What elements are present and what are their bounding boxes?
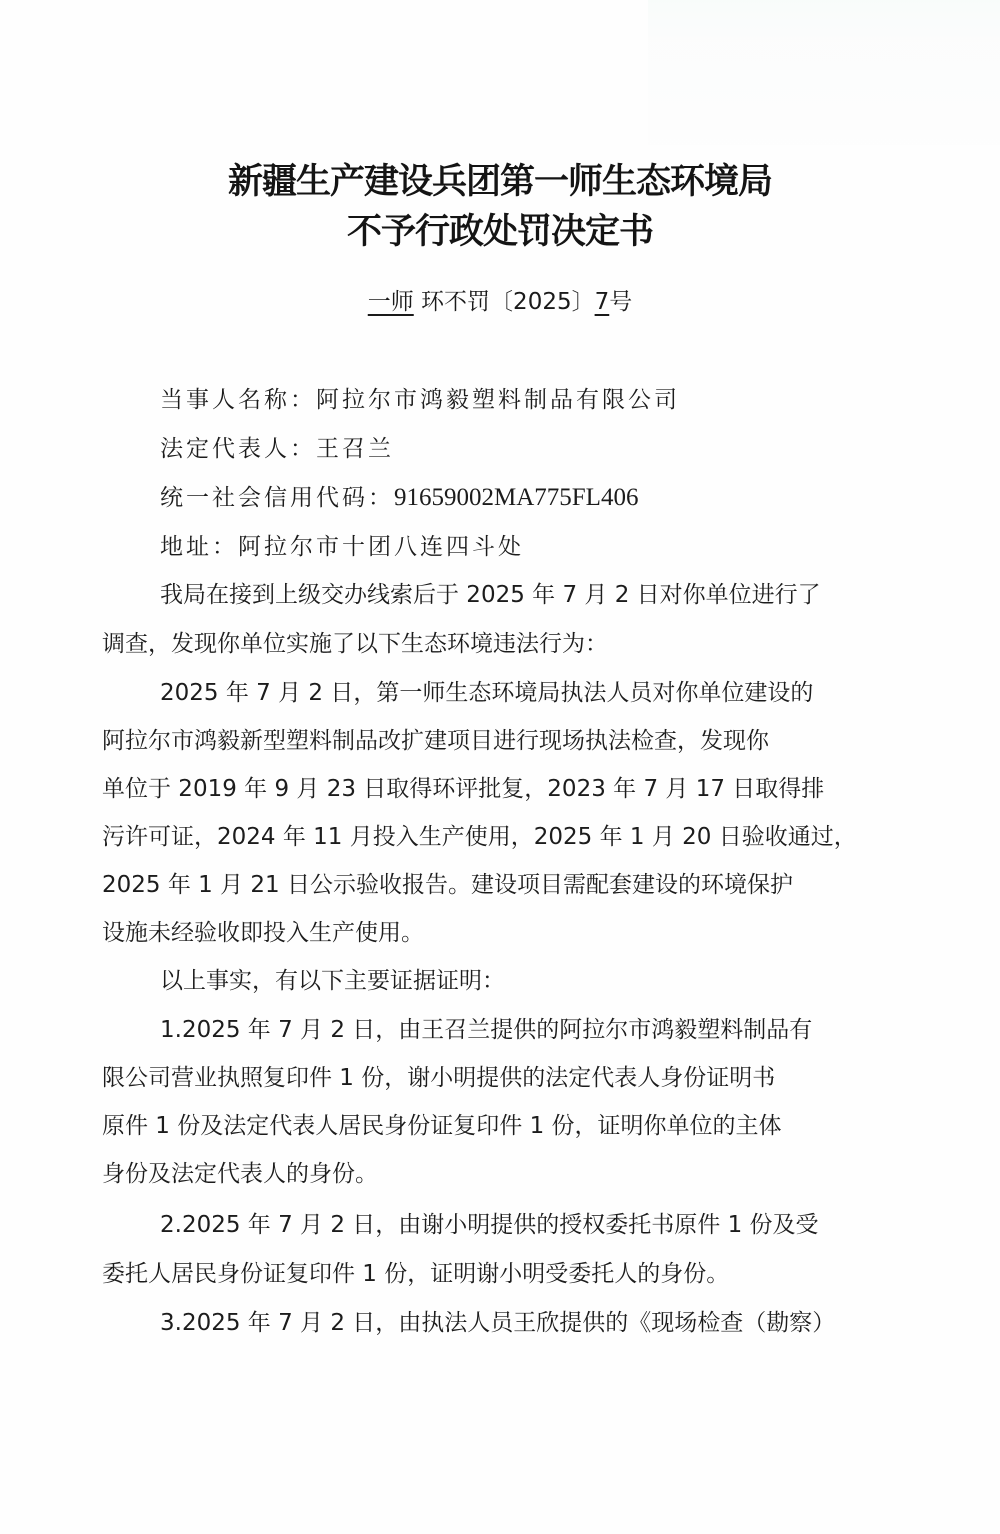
field-value: 91659002MA775FL406 xyxy=(394,484,638,511)
doc-number-middle: 环不罚〔2025〕 xyxy=(414,289,595,315)
body-line: 身份及法定代表人的身份。 xyxy=(102,1157,378,1191)
field-label: 法定代表人： xyxy=(160,436,316,462)
body-line: 污许可证，2024 年 11 月投入生产使用，2025 年 1 月 20 日验收… xyxy=(102,820,857,854)
evidence-intro: 以上事实，有以下主要证据证明： xyxy=(160,964,505,998)
body-line: 设施未经验收即投入生产使用。 xyxy=(102,916,424,950)
document-type-title: 不予行政处罚决定书 xyxy=(0,212,1000,252)
credit-code-field: 统一社会信用代码：91659002MA775FL406 xyxy=(160,481,638,515)
evidence-item-1: 1.2025 年 7 月 2 日，由王召兰提供的阿拉尔市鸿毅塑料制品有 xyxy=(160,1013,812,1047)
body-line: 2025 年 7 月 2 日，第一师生态环境局执法人员对你单位建设的 xyxy=(160,676,813,710)
body-line: 原件 1 份及法定代表人居民身份证复印件 1 份，证明你单位的主体 xyxy=(102,1109,782,1143)
body-line: 委托人居民身份证复印件 1 份，证明谢小明受委托人的身份。 xyxy=(102,1257,729,1291)
evidence-item-2: 2.2025 年 7 月 2 日，由谢小明提供的授权委托书原件 1 份及受 xyxy=(160,1208,819,1242)
body-line: 单位于 2019 年 9 月 23 日取得环评批复，2023 年 7 月 17 … xyxy=(102,772,824,806)
field-value: 王召兰 xyxy=(316,436,394,462)
field-value: 阿拉尔市十团八连四斗处 xyxy=(238,534,524,560)
body-line: 限公司营业执照复印件 1 份，谢小明提供的法定代表人身份证明书 xyxy=(102,1061,775,1095)
doc-number-suffix: 号 xyxy=(609,289,632,315)
field-value: 阿拉尔市鸿毅塑料制品有限公司 xyxy=(316,387,680,413)
field-label: 地址： xyxy=(160,534,238,560)
doc-number-value: 7 xyxy=(595,289,610,315)
evidence-item-3: 3.2025 年 7 月 2 日，由执法人员王欣提供的《现场检查（勘察） xyxy=(160,1306,835,1340)
party-name-field: 当事人名称：阿拉尔市鸿毅塑料制品有限公司 xyxy=(160,383,680,417)
document-page: 新疆生产建设兵团第一师生态环境局 不予行政处罚决定书 一师 环不罚〔2025〕7… xyxy=(0,0,1000,1534)
document-number: 一师 环不罚〔2025〕7号 xyxy=(0,285,1000,319)
legal-representative-field: 法定代表人：王召兰 xyxy=(160,432,394,466)
doc-number-prefix: 一师 xyxy=(368,289,414,315)
bleed-through-shadow xyxy=(648,0,1000,145)
address-field: 地址：阿拉尔市十团八连四斗处 xyxy=(160,530,524,564)
field-label: 当事人名称： xyxy=(160,387,316,413)
body-line: 调查，发现你单位实施了以下生态环境违法行为： xyxy=(102,627,608,661)
body-line: 我局在接到上级交办线索后于 2025 年 7 月 2 日对你单位进行了 xyxy=(160,578,821,612)
issuing-authority-title: 新疆生产建设兵团第一师生态环境局 xyxy=(0,162,1000,202)
field-label: 统一社会信用代码： xyxy=(160,485,394,511)
body-line: 阿拉尔市鸿毅新型塑料制品改扩建项目进行现场执法检查，发现你 xyxy=(102,724,769,758)
body-line: 2025 年 1 月 21 日公示验收报告。建设项目需配套建设的环境保护 xyxy=(102,868,793,902)
